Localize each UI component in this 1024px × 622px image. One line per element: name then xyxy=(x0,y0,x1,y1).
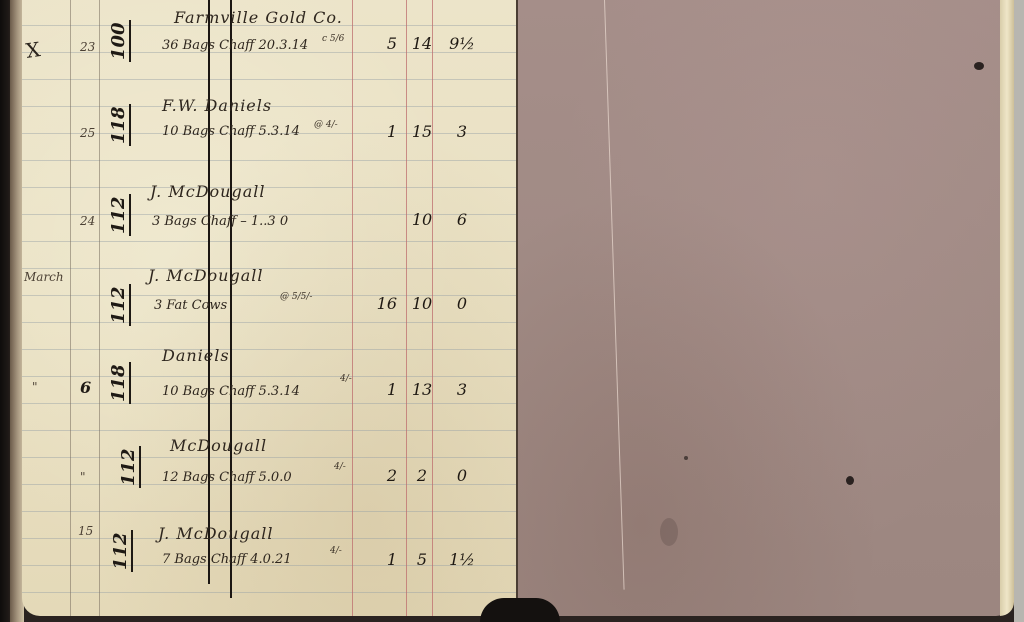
entry-shillings: 10 xyxy=(407,294,437,313)
entry-shillings: 13 xyxy=(407,380,437,399)
right-cover-page xyxy=(516,0,1012,616)
entry-description: 36 Bags Chaff 20.3.14 xyxy=(162,38,308,53)
entry-rate: 4/- xyxy=(340,374,352,384)
entry-folio: 100 xyxy=(108,20,131,62)
day-column-rule xyxy=(99,0,100,616)
ink-column-rule-1 xyxy=(208,0,210,584)
entry-pounds: 5 xyxy=(357,34,397,53)
entry-pence: 3 xyxy=(442,380,482,399)
entry-description: 10 Bags Chaff 5.3.14 xyxy=(162,124,300,139)
entry-folio: 118 xyxy=(108,104,131,146)
entry-pence: 1½ xyxy=(442,550,482,569)
pounds-column-rule xyxy=(352,0,353,616)
entry-pence: 0 xyxy=(442,466,482,485)
entry-description: 12 Bags Chaff 5.0.0 xyxy=(162,470,292,485)
entry-name: J. McDougall xyxy=(148,266,263,285)
entry-day: 15 xyxy=(78,524,93,538)
paper-crease xyxy=(604,0,625,590)
entry-description: 10 Bags Chaff 5.3.14 xyxy=(162,384,300,399)
entry-description: 3 Bags Chaff – 1..3 0 xyxy=(152,214,288,229)
entry-month-ditto: " xyxy=(32,380,38,394)
entry-shillings: 15 xyxy=(407,122,437,141)
entry-shillings: 5 xyxy=(407,550,437,569)
right-page-edge xyxy=(1000,0,1014,616)
entry-day-ditto: " xyxy=(80,470,86,484)
entry-name: McDougall xyxy=(170,436,267,455)
entry-pence: 6 xyxy=(442,210,482,229)
background-edge xyxy=(1014,0,1024,622)
entry-name: Farmville Gold Co. xyxy=(174,8,343,27)
entry-pence: 0 xyxy=(442,294,482,313)
entry-day: 25 xyxy=(80,126,95,140)
entry-folio: 112 xyxy=(118,446,141,488)
entry-name: J. McDougall xyxy=(150,182,265,201)
entry-day: 23 xyxy=(80,40,95,54)
ink-spot xyxy=(846,476,854,485)
entry-day: 6 xyxy=(80,378,91,397)
entry-name: Daniels xyxy=(162,346,230,365)
entry-rate: 4/- xyxy=(330,546,342,556)
ink-spot xyxy=(684,456,688,460)
entry-pounds: 1 xyxy=(357,380,397,399)
entry-name: F.W. Daniels xyxy=(162,96,272,115)
entry-rate: @ 5/5/- xyxy=(280,292,312,302)
entry-shillings: 2 xyxy=(407,466,437,485)
entry-rate: @ 4/- xyxy=(314,120,338,130)
entry-shillings: 10 xyxy=(407,210,437,229)
entry-name: J. McDougall xyxy=(158,524,273,543)
entry-pounds: 1 xyxy=(357,550,397,569)
ink-column-rule-2 xyxy=(230,0,232,598)
entry-day: 24 xyxy=(80,214,95,228)
entry-folio: 112 xyxy=(110,530,133,572)
entry-pounds: 16 xyxy=(357,294,397,313)
ledger-book-spread: X Farmville Gold Co. 23 100 36 Bags Chaf… xyxy=(0,0,1024,622)
entry-rate: 4/- xyxy=(334,462,346,472)
entry-shillings: 14 xyxy=(407,34,437,53)
ink-spot xyxy=(974,62,984,70)
entry-pounds: 1 xyxy=(357,122,397,141)
entry-description: 3 Fat Cows xyxy=(154,298,227,313)
entry-month: March xyxy=(24,270,64,284)
entry-folio: 118 xyxy=(108,362,131,404)
entry-pence: 9½ xyxy=(442,34,482,53)
entry-folio: 112 xyxy=(108,194,131,236)
stain xyxy=(660,518,678,546)
entry-pounds: 2 xyxy=(357,466,397,485)
month-column-rule xyxy=(70,0,71,616)
entry-folio: 112 xyxy=(108,284,131,326)
gutter-shadow xyxy=(480,598,560,622)
entry-pence: 3 xyxy=(442,122,482,141)
entry-rate: c 5/6 xyxy=(322,34,344,44)
left-ledger-page: X Farmville Gold Co. 23 100 36 Bags Chaf… xyxy=(22,0,518,616)
entry-description: 7 Bags Chaff 4.0.21 xyxy=(162,552,292,567)
